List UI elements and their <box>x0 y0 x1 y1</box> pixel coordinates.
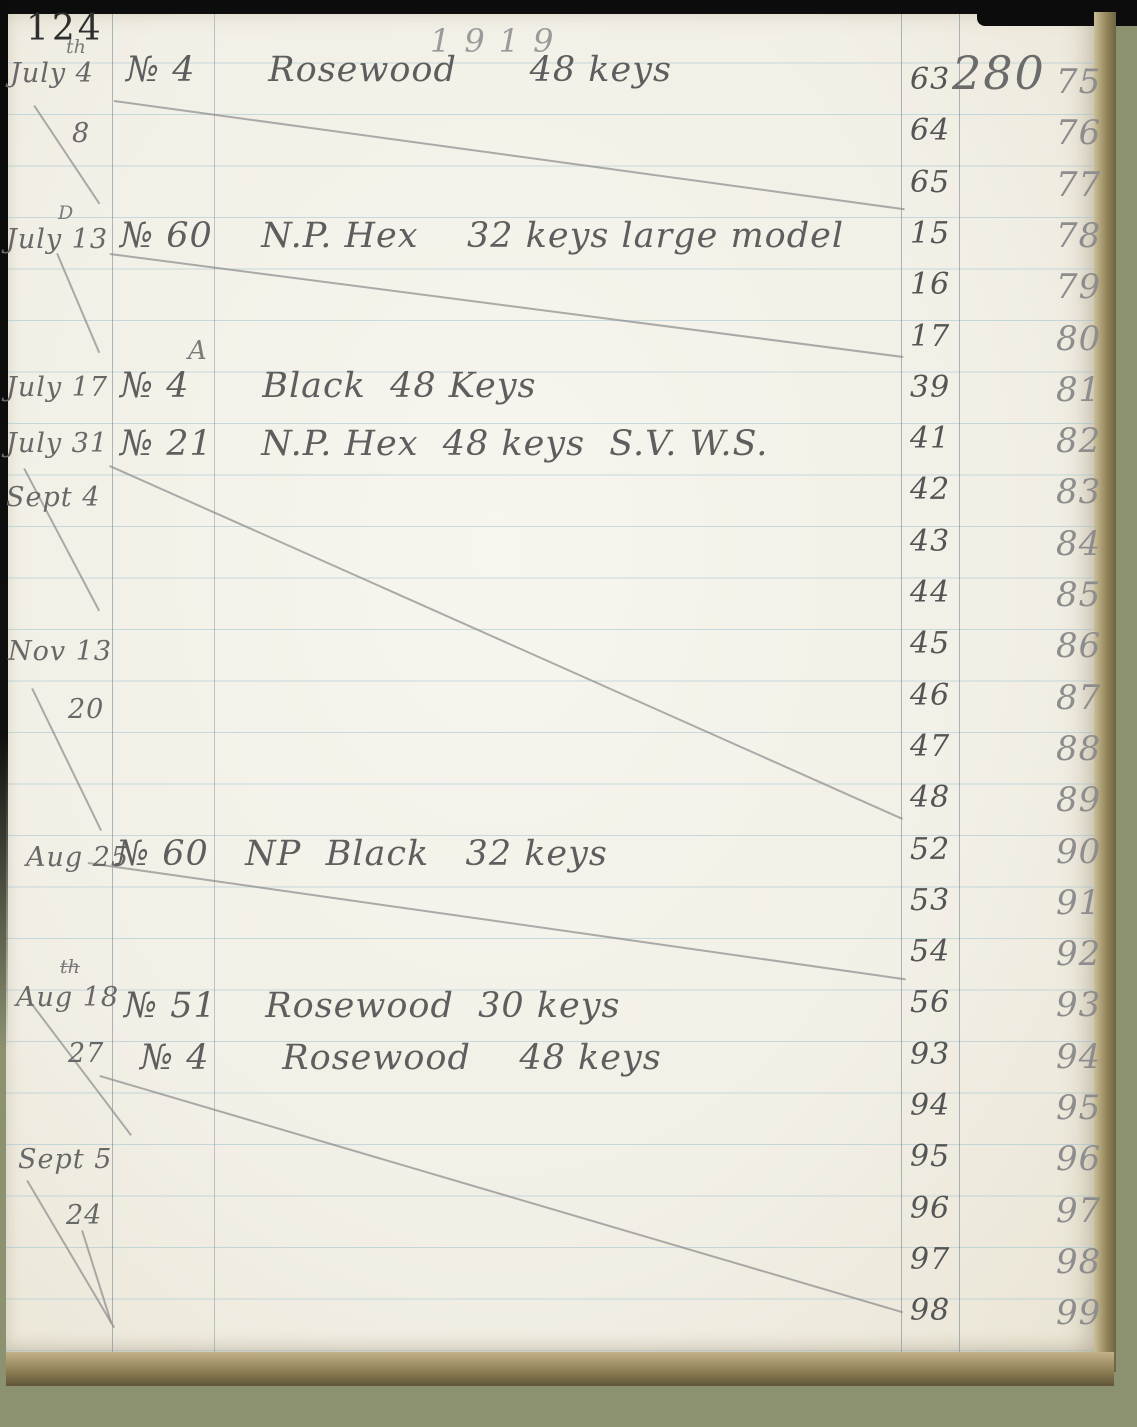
ledger-scan: 124 1919 280 July 4 th 8 July 13 D July … <box>0 0 1137 1427</box>
ledger-entry: № 60 NP Black 32 keys <box>116 834 608 874</box>
date-entry: July 4 <box>10 58 94 89</box>
column-rule-serial-left <box>901 12 902 1352</box>
serial-number: 65 <box>910 165 950 200</box>
serial-number: 48 <box>910 780 950 815</box>
folio-number: 79 <box>1056 267 1101 307</box>
date-entry: 20 <box>68 694 104 725</box>
serial-number: 95 <box>910 1139 950 1174</box>
serial-number: 45 <box>910 626 950 661</box>
folio-number: 95 <box>1056 1088 1101 1128</box>
serial-number: 97 <box>910 1242 950 1277</box>
book-edge-bottom <box>6 1352 1114 1386</box>
serial-number: 44 <box>910 575 950 610</box>
date-entry: July 31 <box>6 428 108 459</box>
ledger-entry: № 4 Black 48 Keys <box>120 366 536 406</box>
serial-number: 64 <box>910 113 950 148</box>
folio-number: 93 <box>1056 985 1101 1025</box>
date-entry: 8 <box>72 118 90 149</box>
column-rule-serial-right <box>959 12 960 1352</box>
entry-superscript: A <box>188 336 207 366</box>
serial-number: 96 <box>910 1191 950 1226</box>
folio-number: 97 <box>1056 1191 1101 1231</box>
page-number: 124 <box>26 8 104 49</box>
date-entry: Sept 5 <box>18 1144 112 1175</box>
folio-number: 90 <box>1056 832 1101 872</box>
ledger-entry: № 4 Rosewood 48 keys <box>126 50 672 90</box>
serial-number: 42 <box>910 472 950 507</box>
folio-number: 92 <box>1056 934 1101 974</box>
date-entry: Aug 25 <box>26 842 129 873</box>
carry-total: 280 <box>952 46 1046 100</box>
folio-number: 99 <box>1056 1293 1101 1333</box>
folio-number: 84 <box>1056 524 1101 564</box>
folio-number: 80 <box>1056 319 1101 359</box>
serial-number: 98 <box>910 1293 950 1328</box>
serial-number: 56 <box>910 985 950 1020</box>
folio-number: 98 <box>1056 1242 1101 1282</box>
serial-number: 63 <box>910 62 950 97</box>
folio-number: 78 <box>1056 216 1101 256</box>
serial-number: 52 <box>910 832 950 867</box>
date-entry: 24 <box>66 1200 102 1231</box>
serial-number: 94 <box>910 1088 950 1123</box>
date-entry: July 17 <box>6 372 108 403</box>
folio-number: 76 <box>1056 113 1101 153</box>
serial-number: 47 <box>910 729 950 764</box>
folio-number: 81 <box>1056 370 1101 410</box>
ledger-entry: № 4 Rosewood 48 keys <box>140 1038 662 1078</box>
folio-number: 85 <box>1056 575 1101 615</box>
serial-number: 15 <box>910 216 950 251</box>
scan-edge-left <box>0 0 8 1050</box>
folio-number: 77 <box>1056 165 1101 205</box>
ledger-entry: № 60 N.P. Hex 32 keys large model <box>120 216 844 256</box>
date-entry: 27 <box>68 1038 104 1069</box>
date-entry: Sept 4 <box>6 482 100 513</box>
serial-number: 53 <box>910 883 950 918</box>
folio-number: 83 <box>1056 472 1101 512</box>
folio-number: 87 <box>1056 678 1101 718</box>
serial-number: 39 <box>910 370 950 405</box>
folio-number: 82 <box>1056 421 1101 461</box>
serial-number: 46 <box>910 678 950 713</box>
serial-number: 54 <box>910 934 950 969</box>
serial-number: 41 <box>910 421 950 456</box>
date-entry: Nov 13 <box>8 636 112 667</box>
serial-number: 43 <box>910 524 950 559</box>
folio-number: 89 <box>1056 780 1101 820</box>
serial-number: 16 <box>910 267 950 302</box>
folio-number: 86 <box>1056 626 1101 666</box>
ledger-entry: № 51 Rosewood 30 keys <box>124 986 620 1026</box>
date-superscript-struck: th <box>60 956 80 978</box>
folio-number: 96 <box>1056 1139 1101 1179</box>
folio-number: 88 <box>1056 729 1101 769</box>
column-rule-model <box>214 12 215 1352</box>
date-superscript: th <box>66 36 86 58</box>
serial-number: 17 <box>910 319 950 354</box>
scan-edge-top <box>0 0 1137 14</box>
date-entry: July 13 <box>6 224 108 255</box>
ledger-entry: № 21 N.P. Hex 48 keys S.V. W.S. <box>120 424 768 464</box>
serial-number: 93 <box>910 1037 950 1072</box>
folio-number: 91 <box>1056 883 1101 923</box>
date-entry: Aug 18 <box>16 982 119 1013</box>
date-superscript: D <box>58 202 73 224</box>
folio-number: 75 <box>1056 62 1101 102</box>
folio-number: 94 <box>1056 1037 1101 1077</box>
